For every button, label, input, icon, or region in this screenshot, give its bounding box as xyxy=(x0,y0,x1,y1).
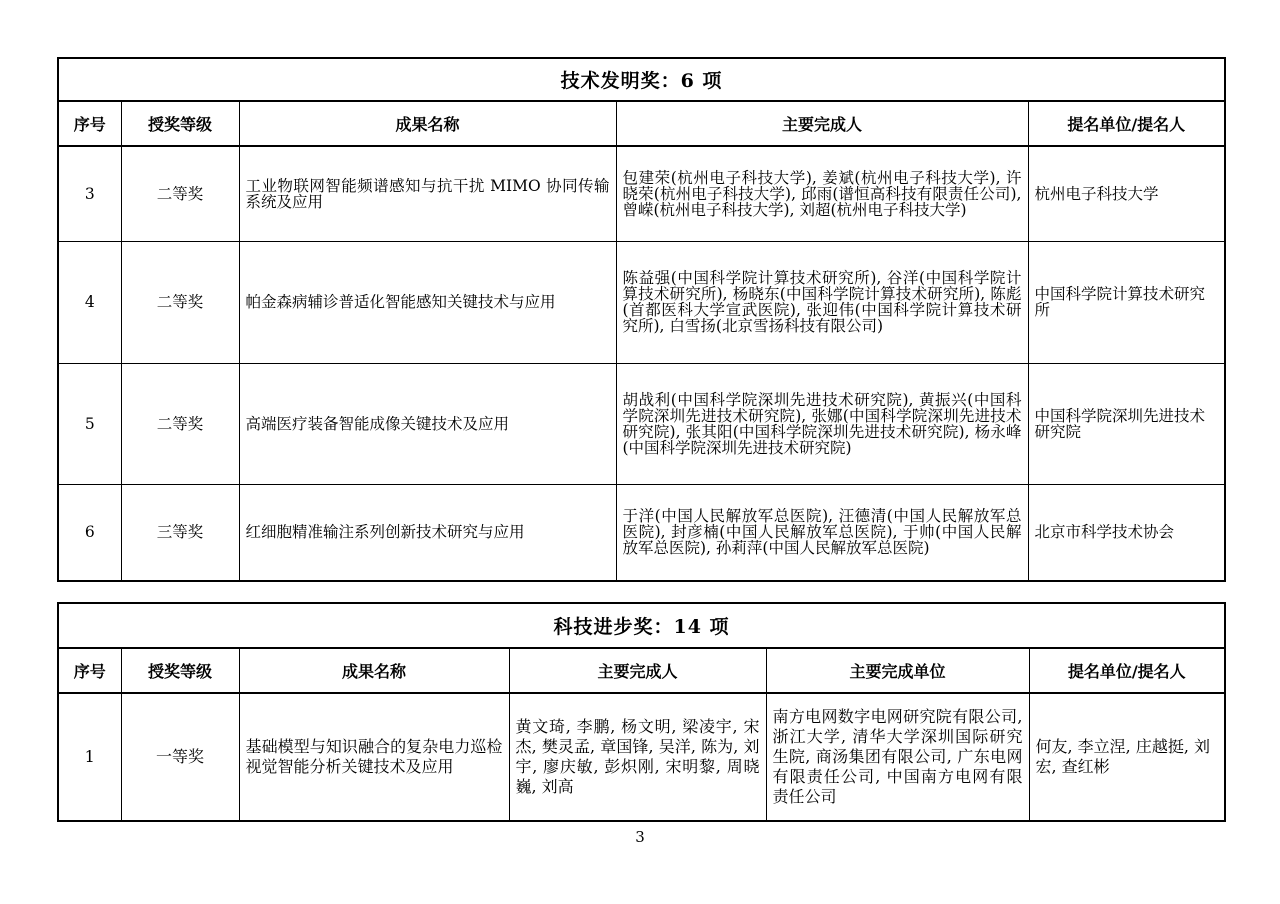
column-header-contributors: 主要完成人 xyxy=(509,648,766,693)
cell-achievement: 工业物联网智能频谱感知与抗干扰 MIMO 协同传输系统及应用 xyxy=(239,146,616,241)
cell-nominator: 北京市科学技术协会 xyxy=(1028,484,1225,581)
cell-serial: 4 xyxy=(58,241,121,363)
cell-award-grade: 二等奖 xyxy=(121,363,239,484)
column-header-award-grade: 授奖等级 xyxy=(121,648,239,693)
cell-nominator: 杭州电子科技大学 xyxy=(1028,146,1225,241)
table-header-row: 序号 授奖等级 成果名称 主要完成人 主要完成单位 提名单位/提名人 xyxy=(58,648,1225,693)
cell-contributors: 胡战利(中国科学院深圳先进技术研究院), 黄振兴(中国科学院深圳先进技术研究院)… xyxy=(616,363,1028,484)
cell-award-grade: 二等奖 xyxy=(121,146,239,241)
table-header-row: 序号 授奖等级 成果名称 主要完成人 提名单位/提名人 xyxy=(58,101,1225,146)
column-header-nominator: 提名单位/提名人 xyxy=(1029,648,1225,693)
table-row: 5 二等奖 高端医疗装备智能成像关键技术及应用 胡战利(中国科学院深圳先进技术研… xyxy=(58,363,1225,484)
column-header-achievement: 成果名称 xyxy=(239,648,509,693)
cell-award-grade: 二等奖 xyxy=(121,241,239,363)
table-row: 1 一等奖 基础模型与知识融合的复杂电力巡检视觉智能分析关键技术及应用 黄文琦,… xyxy=(58,693,1225,821)
cell-achievement: 高端医疗装备智能成像关键技术及应用 xyxy=(239,363,616,484)
cell-serial: 6 xyxy=(58,484,121,581)
cell-serial: 5 xyxy=(58,363,121,484)
invention-award-table: 技术发明奖：6 项 序号 授奖等级 成果名称 主要完成人 提名单位/提名人 3 … xyxy=(57,57,1226,582)
column-header-serial: 序号 xyxy=(58,101,121,146)
cell-nominator: 中国科学院深圳先进技术研究院 xyxy=(1028,363,1225,484)
column-header-contributors: 主要完成人 xyxy=(616,101,1028,146)
cell-contributors: 黄文琦, 李鹏, 杨文明, 梁凌宇, 宋杰, 樊灵孟, 章国锋, 吴洋, 陈为,… xyxy=(509,693,766,821)
document-page: 技术发明奖：6 项 序号 授奖等级 成果名称 主要完成人 提名单位/提名人 3 … xyxy=(0,0,1280,904)
table-title: 科技进步奖：14 项 xyxy=(58,603,1225,648)
page-number: 3 xyxy=(0,828,1280,846)
cell-achievement: 帕金森病辅诊普适化智能感知关键技术与应用 xyxy=(239,241,616,363)
column-header-serial: 序号 xyxy=(58,648,121,693)
cell-main-units: 南方电网数字电网研究院有限公司, 浙江大学, 清华大学深圳国际研究生院, 商汤集… xyxy=(766,693,1029,821)
cell-award-grade: 一等奖 xyxy=(121,693,239,821)
cell-serial: 3 xyxy=(58,146,121,241)
column-header-main-units: 主要完成单位 xyxy=(766,648,1029,693)
progress-award-table: 科技进步奖：14 项 序号 授奖等级 成果名称 主要完成人 主要完成单位 提名单… xyxy=(57,602,1226,822)
column-header-achievement: 成果名称 xyxy=(239,101,616,146)
cell-contributors: 于洋(中国人民解放军总医院), 汪德清(中国人民解放军总医院), 封彦楠(中国人… xyxy=(616,484,1028,581)
table-row: 技术发明奖：6 项 xyxy=(58,58,1225,101)
cell-contributors: 包建荣(杭州电子科技大学), 姜斌(杭州电子科技大学), 许晓荣(杭州电子科技大… xyxy=(616,146,1028,241)
cell-nominator: 何友, 李立涅, 庄越挺, 刘宏, 查红彬 xyxy=(1029,693,1225,821)
column-header-nominator: 提名单位/提名人 xyxy=(1028,101,1225,146)
table-row: 6 三等奖 红细胞精准输注系列创新技术研究与应用 于洋(中国人民解放军总医院),… xyxy=(58,484,1225,581)
cell-award-grade: 三等奖 xyxy=(121,484,239,581)
table-title: 技术发明奖：6 项 xyxy=(58,58,1225,101)
cell-achievement: 基础模型与知识融合的复杂电力巡检视觉智能分析关键技术及应用 xyxy=(239,693,509,821)
table-row: 科技进步奖：14 项 xyxy=(58,603,1225,648)
table-row: 4 二等奖 帕金森病辅诊普适化智能感知关键技术与应用 陈益强(中国科学院计算技术… xyxy=(58,241,1225,363)
table-row: 3 二等奖 工业物联网智能频谱感知与抗干扰 MIMO 协同传输系统及应用 包建荣… xyxy=(58,146,1225,241)
column-header-award-grade: 授奖等级 xyxy=(121,101,239,146)
cell-nominator: 中国科学院计算技术研究所 xyxy=(1028,241,1225,363)
cell-achievement: 红细胞精准输注系列创新技术研究与应用 xyxy=(239,484,616,581)
cell-serial: 1 xyxy=(58,693,121,821)
cell-contributors: 陈益强(中国科学院计算技术研究所), 谷洋(中国科学院计算技术研究所), 杨晓东… xyxy=(616,241,1028,363)
